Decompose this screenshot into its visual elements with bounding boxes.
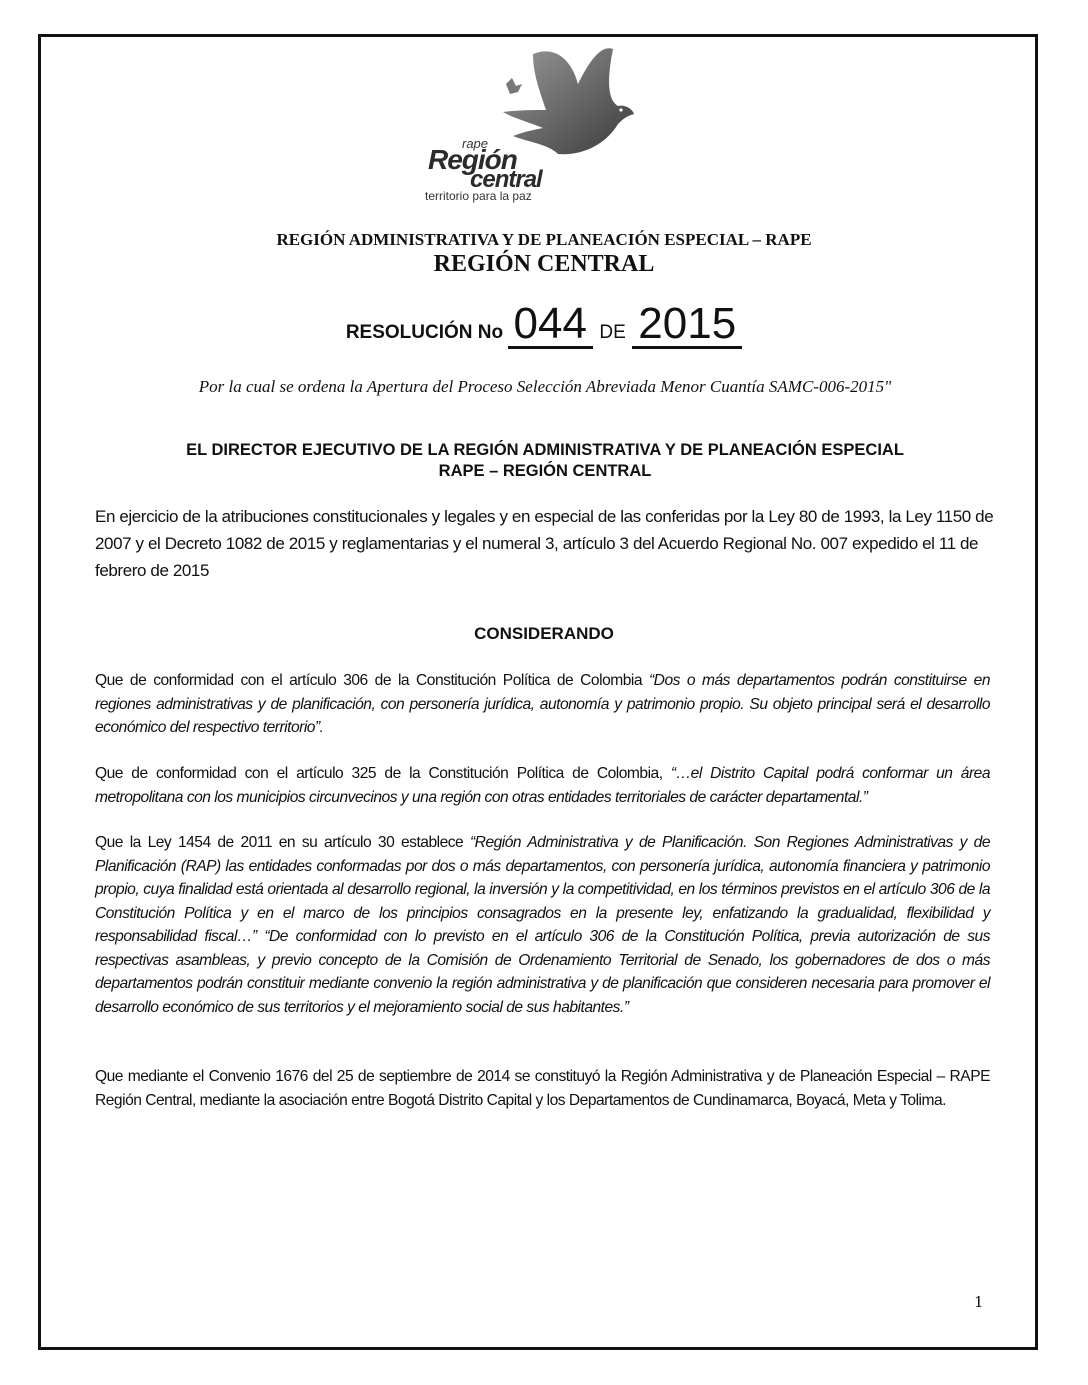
considerando-paragraph: Que mediante el Convenio 1676 del 25 de … [95, 1065, 990, 1112]
considerando-paragraph: Que de conformidad con el artículo 306 d… [95, 669, 990, 740]
intro-paragraph: En ejercicio de la atribuciones constitu… [95, 503, 995, 584]
paragraph-text: Que la Ley 1454 de 2011 en su artículo 3… [95, 834, 470, 851]
paragraph-text: Que mediante el Convenio 1676 del 25 de … [95, 1068, 990, 1109]
resolution-number: 044 [508, 302, 593, 349]
considerando-paragraph: Que la Ley 1454 de 2011 en su artículo 3… [95, 831, 990, 1019]
resolution-year: 2015 [632, 302, 742, 349]
paragraph-quote: “Región Administrativa y de Planificació… [95, 834, 990, 1016]
header-entity-name: REGIÓN ADMINISTRATIVA Y DE PLANEACIÓN ES… [0, 230, 1088, 250]
director-line-1: EL DIRECTOR EJECUTIVO DE LA REGIÓN ADMIN… [100, 440, 990, 461]
considerando-heading: CONSIDERANDO [0, 624, 1088, 644]
header-region-central: REGIÓN CENTRAL [0, 251, 1088, 278]
resolution-subtitle: Por la cual se ordena la Apertura del Pr… [140, 376, 950, 397]
paragraph-text: Que de conformidad con el artículo 325 d… [95, 765, 671, 782]
director-heading: EL DIRECTOR EJECUTIVO DE LA REGIÓN ADMIN… [100, 440, 990, 482]
paragraph-text: Que de conformidad con el artículo 306 d… [95, 672, 649, 689]
region-central-logo: rape Región central territorio para la p… [418, 44, 648, 194]
logo-tagline: territorio para la paz [425, 189, 532, 203]
resolution-title: RESOLUCIÓN No 044 DE 2015 [0, 302, 1088, 349]
director-line-2: RAPE – REGIÓN CENTRAL [100, 461, 990, 482]
considerando-paragraph: Que de conformidad con el artículo 325 d… [95, 762, 990, 809]
page-number: 1 [974, 1293, 984, 1311]
resolution-de: DE [599, 322, 625, 343]
resolution-label: RESOLUCIÓN No [346, 322, 503, 343]
